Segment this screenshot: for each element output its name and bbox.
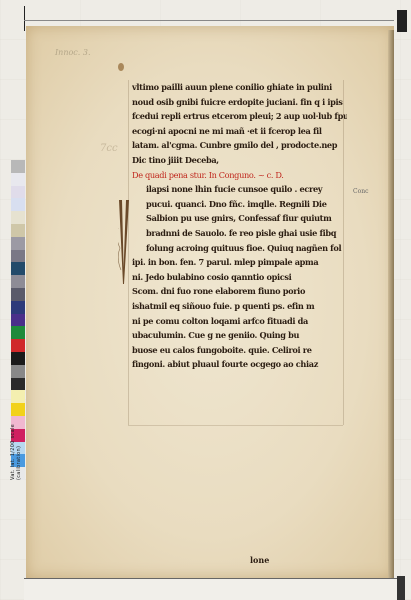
text-line: ni pe comu colton loqami arfco fituadi d…: [132, 314, 347, 329]
text-column: vltimo pailli auun plene conilio ghiate …: [132, 80, 347, 372]
color-swatch: [11, 173, 25, 186]
text-line: fcedui repli ertrus etcerom pleui; 2 aup…: [132, 109, 347, 124]
crop-mark-bottom-right: [397, 576, 405, 600]
text-line: bradnni de Sauolo. fe reo pisle ghai usi…: [132, 226, 347, 241]
text-line: noud osib gnibi fuicre erdopite juciani.…: [132, 95, 347, 110]
rubric-heading: De quadi pena stur. In Conguno. ~ c. D.: [132, 168, 347, 183]
catchword: lone: [250, 555, 269, 565]
color-swatch: [11, 186, 25, 199]
text-line: Dic tino jiiit Deceba,: [132, 153, 347, 168]
text-line: ilapsi none lhin fucie cunsoe quilo . ec…: [132, 182, 347, 197]
crop-rule-top: [24, 20, 394, 21]
margin-note-left: 7cc: [100, 143, 118, 154]
margin-note-top: Innoc. 3.: [55, 48, 90, 57]
color-swatch: [11, 352, 25, 365]
text-line: folung acroing quituus fioe. Quiuq nagñe…: [132, 241, 347, 256]
color-swatch: [11, 339, 25, 352]
color-swatch: [11, 301, 25, 314]
text-line: ni. Jedo bulabino cosio qanntio opicsi: [132, 270, 347, 285]
text-line: vltimo pailli auun plene conilio ghiate …: [132, 80, 347, 95]
text-line: latam. al'cgma. Cunbre gmilo del , prodo…: [132, 138, 347, 153]
color-swatch: [11, 314, 25, 327]
text-line: fingoni. abiut pluaul fourte ocgego ao c…: [132, 357, 347, 372]
color-swatch: [11, 198, 25, 211]
text-line: pucui. quanci. Dno fñc. imqlle. Regnili …: [132, 197, 347, 212]
text-line: ecogi·ni apocni ne mi mañ ·et ii fcerop …: [132, 124, 347, 139]
ink-stain: [118, 63, 124, 71]
right-marginal-note: Conc: [353, 188, 368, 195]
color-swatch: [11, 365, 25, 378]
crop-mark-right: [397, 10, 407, 32]
text-line: ipi. in bon. fen. 7 parul. mlep pimpale …: [132, 255, 347, 270]
color-swatch: [11, 160, 25, 173]
color-swatch: [11, 378, 25, 391]
color-swatch: [11, 211, 25, 224]
strip-label: Vat. lat. 1/200 scale (calibration): [10, 400, 20, 480]
color-swatch: [11, 275, 25, 288]
scan-base: [24, 578, 399, 600]
color-swatch: [11, 224, 25, 237]
ruling-bottom: [128, 425, 343, 426]
page-edge-shadow: [388, 30, 394, 578]
crop-mark-left: [24, 6, 25, 31]
decorated-initial-v: [118, 198, 130, 288]
text-line: buose eu calos fungoboite. quie. Celiroi…: [132, 343, 347, 358]
text-line: Scom. dni fuo rone elaborem fiuno porio: [132, 284, 347, 299]
text-line: Salbion pu use gnirs, Confessaf fiur qui…: [132, 211, 347, 226]
color-swatch: [11, 250, 25, 263]
text-line: ishatmil eq siñouo fuie. p quenti ps. ef…: [132, 299, 347, 314]
color-swatch: [11, 288, 25, 301]
color-swatch: [11, 237, 25, 250]
text-line: ubaculumin. Cue g ne geniio. Quing bu: [132, 328, 347, 343]
color-swatch: [11, 262, 25, 275]
color-swatch: [11, 326, 25, 339]
